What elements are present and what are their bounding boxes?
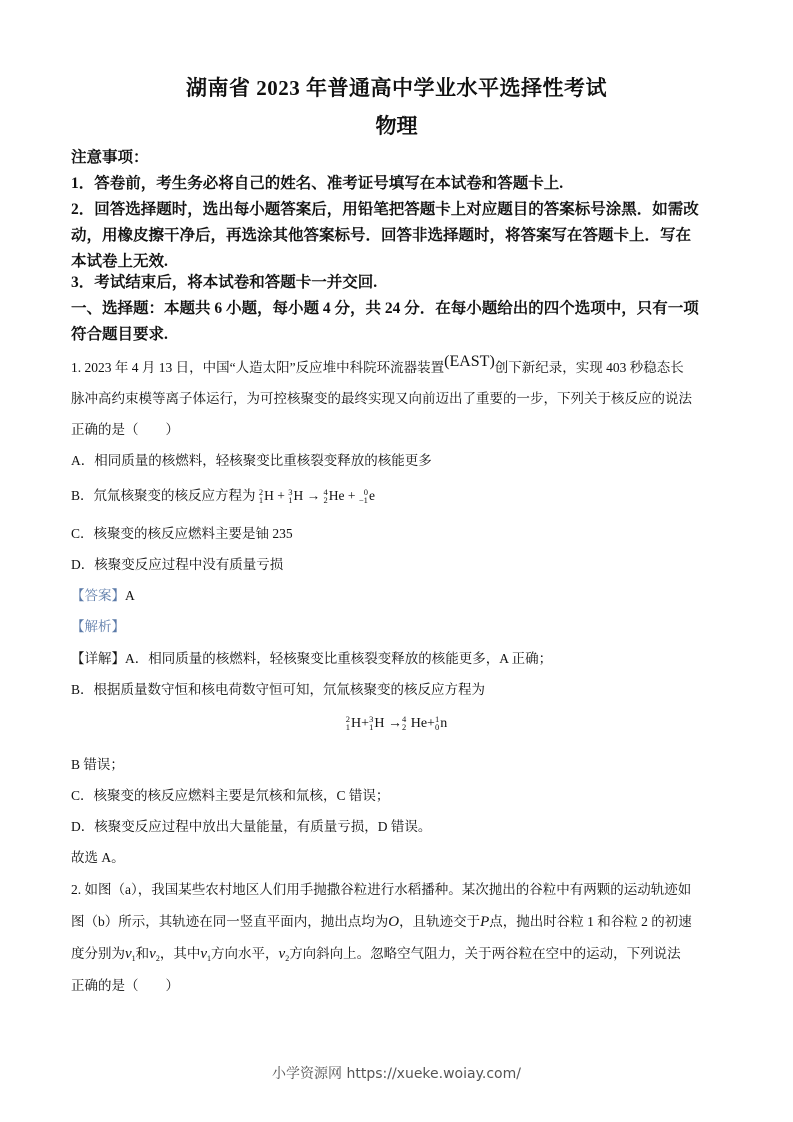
q1-detail-line3: B 错误； [71,755,731,775]
q1-option-c: C．核聚变的核反应燃料主要是铀 235 [71,524,731,544]
exam-subject: 物理 [0,110,793,140]
q2-stem-line4: 正确的是（ ） [71,976,731,996]
analysis-tag: 【解析】 [71,619,125,634]
q1-option-d: D．核聚变反应过程中没有质量亏损 [71,555,731,575]
q2-stem-line3: 度分别为v1和v2，其中v1方向水平，v2方向斜向上。忽略空气阻力，关于两谷粒在… [71,944,731,969]
q1-option-b: B．氘氚核聚变的核反应方程为 21H + 31H → 42He + 0−1e [71,486,731,506]
q2-stem-line2: 图（b）所示，其轨迹在同一竖直平面内，抛出点均为O，且轨迹交于P点，抛出时谷粒 … [71,912,731,932]
q1-detail-line2: B．根据质量数守恒和核电荷数守恒可知，氘氚核聚变的核反应方程为 [71,680,731,700]
notice-heading: 注意事项： [71,145,726,171]
q1-detail-line5: D．核聚变反应过程中放出大量能量，有质量亏损，D 错误。 [71,817,731,837]
q1-detail-line4: C．核聚变的核反应燃料主要是氘核和氚核，C 错误； [71,786,731,806]
q1-stem-line2: 脉冲高约束模等离子体运行，为可控核聚变的最终实现又向前迈出了重要的一步，下列关于… [71,389,731,409]
watermark-footer: 小学资源网 https://xueke.woiay.com/ [0,1063,793,1083]
q1-analysis: 【解析】 [71,617,731,637]
notice-item-3: 3．考试结束后，将本试卷和答题卡一并交回. [71,270,726,296]
q1-option-a: A．相同质量的核燃料，轻核聚变比重核裂变释放的核能更多 [71,451,731,471]
answer-tag: 【答案】 [71,588,125,603]
section-heading: 一、选择题：本题共 6 小题，每小题 4 分，共 24 分．在每小题给出的四个选… [71,296,726,322]
notice-item-2-cont: 动，用橡皮擦干净后，再选涂其他答案标号．回答非选择题时，将答案写在答题卡上．写在 [71,223,726,249]
q1-equation: 21H+31H →42 He+10n [0,716,793,732]
point-o: O [388,914,399,930]
notice-item-2: 2．回答选择题时，选出每小题答案后，用铅笔把答题卡上对应题目的答案标号涂黑．如需… [71,197,726,223]
exam-title: 湖南省 2023 年普通高中学业水平选择性考试 [0,72,793,102]
q1-detail-line6: 故选 A。 [71,848,731,868]
east-label: (EAST) [444,353,495,370]
notice-item-1: 1．答卷前，考生务必将自己的姓名、准考证号填写在本试卷和答题卡上. [71,171,726,197]
q1-stem-line3: 正确的是（ ） [71,420,731,440]
section-heading-cont: 符合题目要求. [71,322,726,348]
q1-stem-line1: 1. 2023 年 4 月 13 日，中国“人造太阳”反应堆中科院环流器装置(E… [71,358,731,378]
exam-page: 湖南省 2023 年普通高中学业水平选择性考试 物理 注意事项： 1．答卷前，考… [0,0,793,1122]
q2-stem-line1: 2. 如图（a），我国某些农村地区人们用手抛撒谷粒进行水稻播种。某次抛出的谷粒中… [71,880,731,900]
q1-detail-line1: 【详解】A．相同质量的核燃料，轻核聚变比重核裂变释放的核能更多，A 正确； [71,649,731,669]
answer-value: A [125,588,135,603]
q1-answer: 【答案】A [71,586,731,606]
point-p: P [480,914,489,930]
